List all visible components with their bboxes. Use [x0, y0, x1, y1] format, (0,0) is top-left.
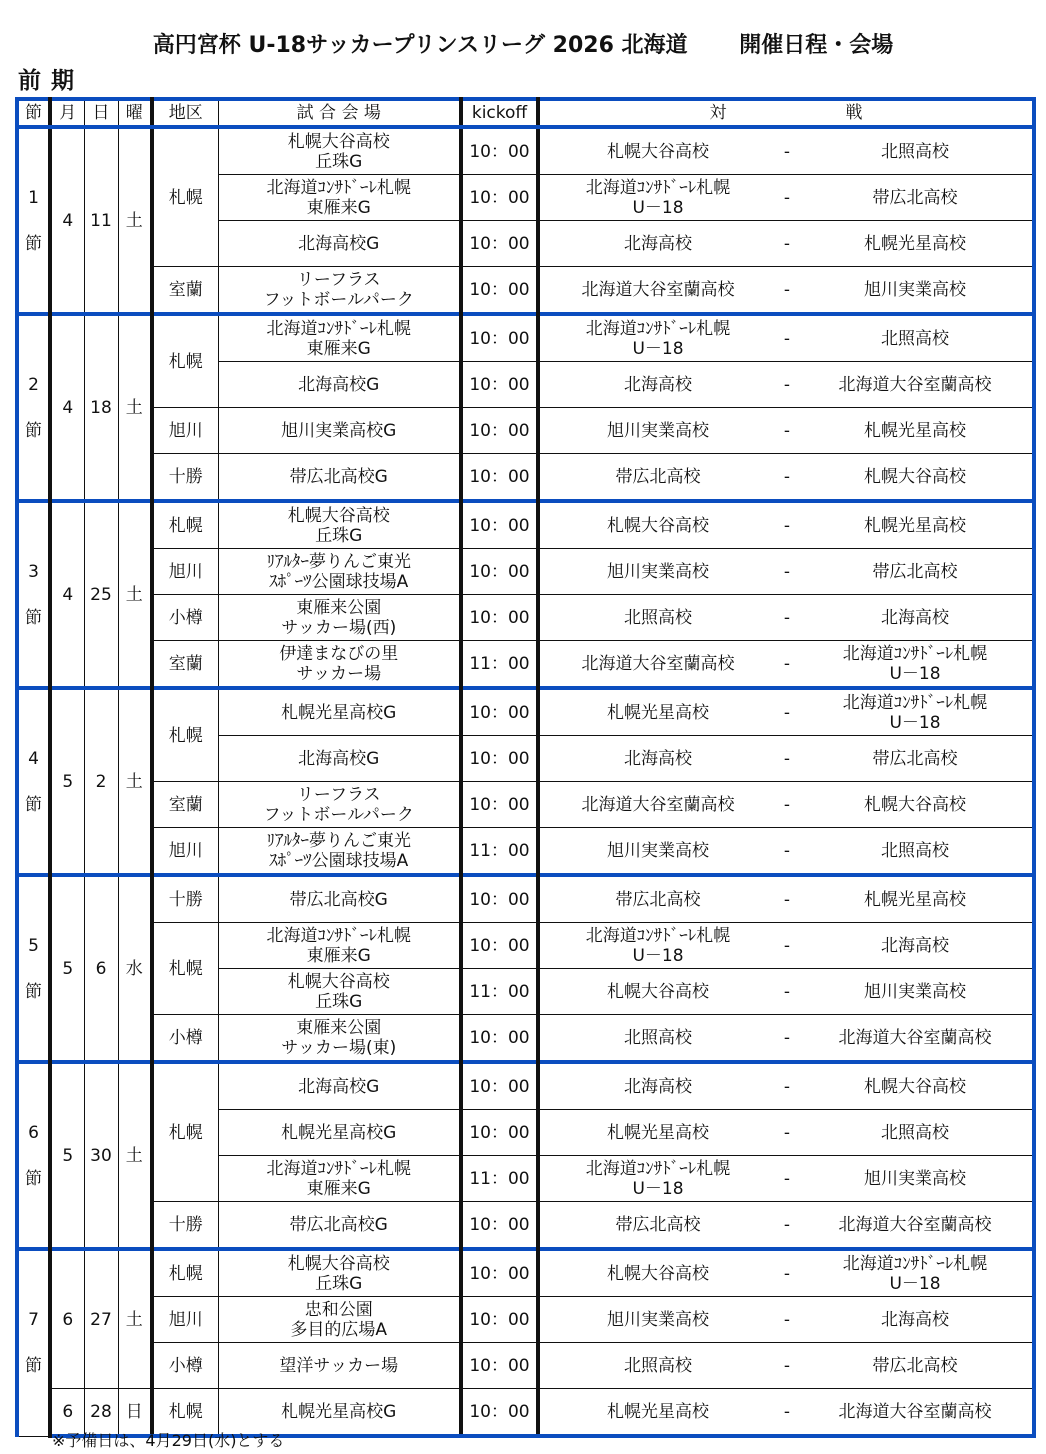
versus-dash: -: [776, 828, 798, 876]
kickoff-cell: 10：00: [461, 454, 538, 502]
text-line: 札幌光星高校: [540, 1402, 776, 1422]
text-line: 帯広北高校G: [219, 1215, 460, 1235]
versus-dash: -: [776, 923, 798, 969]
header-month: 月: [50, 99, 84, 127]
away-team-cell: 札幌光星高校: [798, 221, 1034, 267]
month-cell: 6: [50, 1249, 84, 1389]
text-line: 北海道ｺﾝｻﾄﾞｰﾚ札幌: [540, 178, 776, 198]
area-cell: 旭川: [152, 1297, 218, 1343]
venue-cell: 札幌大谷高校丘珠G: [218, 501, 461, 549]
text-line: 北海道大谷室蘭高校: [798, 1402, 1032, 1422]
round-number: 6節: [17, 1062, 50, 1249]
text-line: 札幌大谷高校: [540, 982, 776, 1002]
kickoff-cell: 10：00: [461, 595, 538, 641]
versus-dash: -: [776, 1343, 798, 1389]
venue-cell: 北海高校G: [218, 362, 461, 408]
kickoff-cell: 10：00: [461, 1062, 538, 1110]
area-cell: 旭川: [152, 408, 218, 454]
period-label: 前期: [18, 62, 84, 95]
kickoff-cell: 11：00: [461, 828, 538, 876]
area-cell: 札幌: [152, 1062, 218, 1202]
text-line: 札幌光星高校: [798, 234, 1032, 254]
venue-cell: 北海道ｺﾝｻﾄﾞｰﾚ札幌東雁来G: [218, 175, 461, 221]
text-line: 北海高校G: [219, 375, 460, 395]
match-row: 札幌北海道ｺﾝｻﾄﾞｰﾚ札幌東雁来G10：00北海道ｺﾝｻﾄﾞｰﾚ札幌U－18-…: [17, 923, 1034, 969]
home-team-cell: 札幌光星高校: [538, 688, 776, 736]
text-line: 帯広北高校: [798, 562, 1032, 582]
text-line: 札幌光星高校: [540, 703, 776, 723]
text-line: サッカー場(東): [219, 1038, 460, 1058]
kickoff-cell: 10：00: [461, 549, 538, 595]
away-team-cell: 北海道大谷室蘭高校: [798, 362, 1034, 408]
kickoff-cell: 10：00: [461, 1297, 538, 1343]
area-cell: 十勝: [152, 875, 218, 923]
weekday-cell: 土: [118, 501, 152, 688]
kickoff-cell: 10：00: [461, 1249, 538, 1297]
day-cell: 18: [84, 314, 118, 501]
away-team-cell: 帯広北高校: [798, 175, 1034, 221]
text-line: 帯広北高校: [540, 1215, 776, 1235]
match-row: 十勝帯広北高校G10：00帯広北高校-札幌大谷高校: [17, 454, 1034, 502]
versus-dash: -: [776, 501, 798, 549]
text-line: 丘珠G: [219, 152, 460, 172]
weekday-cell: 土: [118, 127, 152, 314]
text-line: 北照高校: [798, 1123, 1032, 1143]
text-line: 東雁来公園: [219, 598, 460, 618]
day-cell: 2: [84, 688, 118, 875]
text-line: 札幌大谷高校: [540, 516, 776, 536]
day-cell: 25: [84, 501, 118, 688]
text-line: 旭川実業高校G: [219, 421, 460, 441]
text-line: 東雁来公園: [219, 1018, 460, 1038]
text-line: 北海道ｺﾝｻﾄﾞｰﾚ札幌: [798, 1254, 1032, 1274]
text-line: 北照高校: [540, 1028, 776, 1048]
text-line: 東雁来G: [219, 198, 460, 218]
text-line: 札幌光星高校G: [219, 1123, 460, 1143]
home-team-cell: 旭川実業高校: [538, 1297, 776, 1343]
kickoff-cell: 10：00: [461, 267, 538, 315]
home-team-cell: 北照高校: [538, 1343, 776, 1389]
kickoff-cell: 10：00: [461, 688, 538, 736]
text-line: 北海高校G: [219, 749, 460, 769]
versus-dash: -: [776, 267, 798, 315]
text-line: 北照高校: [540, 608, 776, 628]
home-team-cell: 北海道ｺﾝｻﾄﾞｰﾚ札幌U－18: [538, 923, 776, 969]
match-row: 室蘭リーフラスフットボールパーク10：00北海道大谷室蘭高校-札幌大谷高校: [17, 782, 1034, 828]
weekday-cell: 水: [118, 875, 152, 1062]
away-team-cell: 北海高校: [798, 595, 1034, 641]
text-line: 帯広北高校: [540, 890, 776, 910]
schedule-table: 節 月 日 曜 地区 試 合 会 場 kickoff 対 戦 1節411土札幌札…: [15, 97, 1036, 1438]
text-line: 札幌大谷高校: [219, 132, 460, 152]
text-line: U－18: [798, 664, 1032, 684]
match-row: 2節418土札幌北海道ｺﾝｻﾄﾞｰﾚ札幌東雁来G10：00北海道ｺﾝｻﾄﾞｰﾚ札…: [17, 314, 1034, 362]
round-number: 7節: [17, 1249, 50, 1436]
area-cell: 札幌: [152, 314, 218, 408]
home-team-cell: 北照高校: [538, 1015, 776, 1063]
text-line: 丘珠G: [219, 526, 460, 546]
text-line: リーフラス: [219, 270, 460, 290]
text-line: 北海道ｺﾝｻﾄﾞｰﾚ札幌: [798, 693, 1032, 713]
kickoff-cell: 10：00: [461, 736, 538, 782]
match-row: 小樽望洋サッカー場10：00北照高校-帯広北高校: [17, 1343, 1034, 1389]
text-line: 旭川実業高校: [798, 1169, 1032, 1189]
text-line: 帯広北高校: [540, 467, 776, 487]
month-cell: 4: [50, 501, 84, 688]
text-line: 札幌光星高校: [798, 516, 1032, 536]
away-team-cell: 北照高校: [798, 1110, 1034, 1156]
versus-dash: -: [776, 408, 798, 454]
versus-dash: -: [776, 314, 798, 362]
match-row: 室蘭伊達まなびの里サッカー場11：00北海道大谷室蘭高校-北海道ｺﾝｻﾄﾞｰﾚ札…: [17, 641, 1034, 689]
versus-dash: -: [776, 549, 798, 595]
home-team-cell: 北海道ｺﾝｻﾄﾞｰﾚ札幌U－18: [538, 175, 776, 221]
area-cell: 札幌: [152, 127, 218, 267]
area-cell: 旭川: [152, 828, 218, 876]
text-line: 望洋サッカー場: [219, 1356, 460, 1376]
text-line: 北海高校: [798, 1310, 1032, 1330]
schedule-body: 1節411土札幌札幌大谷高校丘珠G10：00札幌大谷高校-北照高校北海道ｺﾝｻﾄ…: [17, 127, 1034, 1436]
match-row: 十勝帯広北高校G10：00帯広北高校-北海道大谷室蘭高校: [17, 1202, 1034, 1250]
text-line: 北海道ｺﾝｻﾄﾞｰﾚ札幌: [540, 1159, 776, 1179]
text-line: 帯広北高校: [798, 188, 1032, 208]
header-row: 節 月 日 曜 地区 試 合 会 場 kickoff 対 戦: [17, 99, 1034, 127]
text-line: 札幌光星高校G: [219, 703, 460, 723]
text-line: 北海高校: [540, 1077, 776, 1097]
away-team-cell: 北照高校: [798, 314, 1034, 362]
kickoff-cell: 11：00: [461, 1156, 538, 1202]
away-team-cell: 帯広北高校: [798, 736, 1034, 782]
text-line: 北海道大谷室蘭高校: [540, 280, 776, 300]
match-row: 旭川旭川実業高校G10：00旭川実業高校-札幌光星高校: [17, 408, 1034, 454]
text-line: 帯広北高校G: [219, 467, 460, 487]
footnote: ※予備日は、4月29日(水)とする: [52, 1428, 284, 1451]
area-cell: 札幌: [152, 688, 218, 782]
text-line: 東雁来G: [219, 946, 460, 966]
home-team-cell: 旭川実業高校: [538, 408, 776, 454]
area-cell: 室蘭: [152, 782, 218, 828]
away-team-cell: 旭川実業高校: [798, 969, 1034, 1015]
home-team-cell: 北海高校: [538, 736, 776, 782]
home-team-cell: 帯広北高校: [538, 875, 776, 923]
text-line: 札幌大谷高校: [219, 972, 460, 992]
home-team-cell: 北海道大谷室蘭高校: [538, 782, 776, 828]
month-cell: 5: [50, 875, 84, 1062]
weekday-cell: 土: [118, 1249, 152, 1389]
kickoff-cell: 10：00: [461, 362, 538, 408]
round-number: 2節: [17, 314, 50, 501]
versus-dash: -: [776, 127, 798, 175]
area-cell: 十勝: [152, 1202, 218, 1250]
venue-cell: 忠和公園多目的広場A: [218, 1297, 461, 1343]
kickoff-cell: 10：00: [461, 1110, 538, 1156]
weekday-cell: 土: [118, 1062, 152, 1249]
text-line: 札幌光星高校G: [219, 1402, 460, 1422]
text-line: 北海道ｺﾝｻﾄﾞｰﾚ札幌: [540, 926, 776, 946]
text-line: 北海高校: [540, 749, 776, 769]
home-team-cell: 帯広北高校: [538, 1202, 776, 1250]
kickoff-cell: 10：00: [461, 221, 538, 267]
venue-cell: 札幌大谷高校丘珠G: [218, 1249, 461, 1297]
month-cell: 4: [50, 314, 84, 501]
kickoff-cell: 10：00: [461, 1389, 538, 1437]
versus-dash: -: [776, 595, 798, 641]
round-number: 3節: [17, 501, 50, 688]
text-line: ｽﾎﾟｰﾂ公園球技場A: [219, 572, 460, 592]
home-team-cell: 札幌大谷高校: [538, 127, 776, 175]
venue-cell: 北海道ｺﾝｻﾄﾞｰﾚ札幌東雁来G: [218, 923, 461, 969]
day-cell: 6: [84, 875, 118, 1062]
area-cell: 札幌: [152, 923, 218, 1015]
away-team-cell: 北海道ｺﾝｻﾄﾞｰﾚ札幌U－18: [798, 688, 1034, 736]
kickoff-cell: 11：00: [461, 969, 538, 1015]
away-team-cell: 札幌大谷高校: [798, 1062, 1034, 1110]
match-row: 旭川ﾘｱﾙﾀｰ夢りんご東光ｽﾎﾟｰﾂ公園球技場A11：00旭川実業高校-北照高校: [17, 828, 1034, 876]
versus-dash: -: [776, 1297, 798, 1343]
versus-dash: -: [776, 1156, 798, 1202]
match-row: 小樽東雁来公園サッカー場(西)10：00北照高校-北海高校: [17, 595, 1034, 641]
versus-dash: -: [776, 221, 798, 267]
text-line: リーフラス: [219, 785, 460, 805]
venue-cell: 北海高校G: [218, 1062, 461, 1110]
area-cell: 札幌: [152, 1249, 218, 1297]
area-cell: 旭川: [152, 549, 218, 595]
venue-cell: 帯広北高校G: [218, 875, 461, 923]
header-weekday: 曜: [118, 99, 152, 127]
home-team-cell: 旭川実業高校: [538, 828, 776, 876]
text-line: 旭川実業高校: [540, 562, 776, 582]
month-cell: 5: [50, 688, 84, 875]
text-line: 札幌大谷高校: [798, 795, 1032, 815]
away-team-cell: 北海道大谷室蘭高校: [798, 1389, 1034, 1437]
text-line: 北海道ｺﾝｻﾄﾞｰﾚ札幌: [540, 319, 776, 339]
text-line: 北海道大谷室蘭高校: [798, 1215, 1032, 1235]
away-team-cell: 北照高校: [798, 828, 1034, 876]
day-cell: 27: [84, 1249, 118, 1389]
text-line: 北照高校: [798, 329, 1032, 349]
weekday-cell: 土: [118, 688, 152, 875]
text-line: 北海道ｺﾝｻﾄﾞｰﾚ札幌: [219, 1159, 460, 1179]
text-line: 北海高校G: [219, 234, 460, 254]
versus-dash: -: [776, 875, 798, 923]
kickoff-cell: 10：00: [461, 1343, 538, 1389]
round-number: 5節: [17, 875, 50, 1062]
text-line: 北海道ｺﾝｻﾄﾞｰﾚ札幌: [219, 319, 460, 339]
venue-cell: 札幌大谷高校丘珠G: [218, 969, 461, 1015]
versus-dash: -: [776, 1389, 798, 1437]
text-line: 北海道大谷室蘭高校: [540, 654, 776, 674]
kickoff-cell: 10：00: [461, 314, 538, 362]
match-row: 6節530土札幌北海高校G10：00北海高校-札幌大谷高校: [17, 1062, 1034, 1110]
match-row: 1節411土札幌札幌大谷高校丘珠G10：00札幌大谷高校-北照高校: [17, 127, 1034, 175]
text-line: 帯広北高校: [798, 1356, 1032, 1376]
home-team-cell: 北海高校: [538, 362, 776, 408]
venue-cell: リーフラスフットボールパーク: [218, 267, 461, 315]
kickoff-cell: 11：00: [461, 641, 538, 689]
versus-dash: -: [776, 736, 798, 782]
text-line: U－18: [798, 713, 1032, 733]
away-team-cell: 北海道大谷室蘭高校: [798, 1015, 1034, 1063]
home-team-cell: 北海道ｺﾝｻﾄﾞｰﾚ札幌U－18: [538, 1156, 776, 1202]
venue-cell: 札幌光星高校G: [218, 688, 461, 736]
versus-dash: -: [776, 1202, 798, 1250]
kickoff-cell: 10：00: [461, 1202, 538, 1250]
venue-cell: ﾘｱﾙﾀｰ夢りんご東光ｽﾎﾟｰﾂ公園球技場A: [218, 549, 461, 595]
text-line: 北海道ｺﾝｻﾄﾞｰﾚ札幌: [219, 178, 460, 198]
text-line: U－18: [540, 946, 776, 966]
match-row: 旭川忠和公園多目的広場A10：00旭川実業高校-北海高校: [17, 1297, 1034, 1343]
text-line: 忠和公園: [219, 1300, 460, 1320]
text-line: 札幌大谷高校: [540, 142, 776, 162]
text-line: 旭川実業高校: [540, 1310, 776, 1330]
text-line: 北海道大谷室蘭高校: [798, 1028, 1032, 1048]
versus-dash: -: [776, 1110, 798, 1156]
area-cell: 小樽: [152, 1343, 218, 1389]
away-team-cell: 旭川実業高校: [798, 1156, 1034, 1202]
versus-dash: -: [776, 641, 798, 689]
kickoff-cell: 10：00: [461, 127, 538, 175]
area-cell: 小樽: [152, 595, 218, 641]
area-cell: 小樽: [152, 1015, 218, 1063]
match-row: 3節425土札幌札幌大谷高校丘珠G10：00札幌大谷高校-札幌光星高校: [17, 501, 1034, 549]
area-cell: 室蘭: [152, 641, 218, 689]
away-team-cell: 北照高校: [798, 127, 1034, 175]
text-line: 北照高校: [798, 841, 1032, 861]
away-team-cell: 札幌光星高校: [798, 875, 1034, 923]
text-line: 丘珠G: [219, 992, 460, 1012]
home-team-cell: 札幌大谷高校: [538, 1249, 776, 1297]
home-team-cell: 札幌大谷高校: [538, 501, 776, 549]
text-line: 北海道ｺﾝｻﾄﾞｰﾚ札幌: [219, 926, 460, 946]
away-team-cell: 札幌光星高校: [798, 501, 1034, 549]
venue-cell: 伊達まなびの里サッカー場: [218, 641, 461, 689]
header-match: 対 戦: [538, 99, 1034, 127]
text-line: 北海高校G: [219, 1077, 460, 1097]
area-cell: 十勝: [152, 454, 218, 502]
day-cell: 30: [84, 1062, 118, 1249]
text-line: 札幌大谷高校: [540, 1264, 776, 1284]
text-line: 北海道ｺﾝｻﾄﾞｰﾚ札幌: [798, 644, 1032, 664]
text-line: フットボールパーク: [219, 805, 460, 825]
home-team-cell: 北海道ｺﾝｻﾄﾞｰﾚ札幌U－18: [538, 314, 776, 362]
text-line: U－18: [540, 198, 776, 218]
text-line: U－18: [540, 1179, 776, 1199]
home-team-cell: 北海道大谷室蘭高校: [538, 641, 776, 689]
text-line: 北海高校: [798, 608, 1032, 628]
text-line: ｽﾎﾟｰﾂ公園球技場A: [219, 851, 460, 871]
versus-dash: -: [776, 1062, 798, 1110]
text-line: 札幌光星高校: [798, 421, 1032, 441]
venue-cell: 北海道ｺﾝｻﾄﾞｰﾚ札幌東雁来G: [218, 1156, 461, 1202]
away-team-cell: 札幌光星高校: [798, 408, 1034, 454]
text-line: U－18: [540, 339, 776, 359]
away-team-cell: 札幌大谷高校: [798, 454, 1034, 502]
versus-dash: -: [776, 688, 798, 736]
home-team-cell: 帯広北高校: [538, 454, 776, 502]
kickoff-cell: 10：00: [461, 923, 538, 969]
kickoff-cell: 10：00: [461, 875, 538, 923]
text-line: ﾘｱﾙﾀｰ夢りんご東光: [219, 831, 460, 851]
kickoff-cell: 10：00: [461, 782, 538, 828]
home-team-cell: 北海高校: [538, 221, 776, 267]
kickoff-cell: 10：00: [461, 1015, 538, 1063]
kickoff-cell: 10：00: [461, 408, 538, 454]
header-kickoff: kickoff: [461, 99, 538, 127]
area-cell: 札幌: [152, 501, 218, 549]
text-line: 北海高校: [540, 375, 776, 395]
venue-cell: 東雁来公園サッカー場(東): [218, 1015, 461, 1063]
venue-cell: 札幌大谷高校丘珠G: [218, 127, 461, 175]
text-line: 北海高校: [540, 234, 776, 254]
venue-cell: 札幌光星高校G: [218, 1110, 461, 1156]
venue-cell: 北海道ｺﾝｻﾄﾞｰﾚ札幌東雁来G: [218, 314, 461, 362]
home-team-cell: 北海高校: [538, 1062, 776, 1110]
text-line: 札幌大谷高校: [219, 1254, 460, 1274]
away-team-cell: 帯広北高校: [798, 549, 1034, 595]
away-team-cell: 北海高校: [798, 923, 1034, 969]
text-line: ﾘｱﾙﾀｰ夢りんご東光: [219, 552, 460, 572]
text-line: 旭川実業高校: [798, 280, 1032, 300]
text-line: 丘珠G: [219, 1274, 460, 1294]
venue-cell: 帯広北高校G: [218, 454, 461, 502]
match-row: 5節56水十勝帯広北高校G10：00帯広北高校-札幌光星高校: [17, 875, 1034, 923]
home-team-cell: 北照高校: [538, 595, 776, 641]
versus-dash: -: [776, 175, 798, 221]
away-team-cell: 北海道ｺﾝｻﾄﾞｰﾚ札幌U－18: [798, 641, 1034, 689]
text-line: 札幌光星高校: [798, 890, 1032, 910]
venue-cell: リーフラスフットボールパーク: [218, 782, 461, 828]
versus-dash: -: [776, 969, 798, 1015]
round-number: 1節: [17, 127, 50, 314]
text-line: 伊達まなびの里: [219, 644, 460, 664]
match-row: 7節627土札幌札幌大谷高校丘珠G10：00札幌大谷高校-北海道ｺﾝｻﾄﾞｰﾚ札…: [17, 1249, 1034, 1297]
venue-cell: 東雁来公園サッカー場(西): [218, 595, 461, 641]
home-team-cell: 札幌光星高校: [538, 1389, 776, 1437]
kickoff-cell: 10：00: [461, 175, 538, 221]
text-line: U－18: [798, 1274, 1032, 1294]
round-number: 4節: [17, 688, 50, 875]
header-area: 地区: [152, 99, 218, 127]
header-setsu: 節: [17, 99, 50, 127]
versus-dash: -: [776, 782, 798, 828]
text-line: サッカー場: [219, 664, 460, 684]
text-line: フットボールパーク: [219, 290, 460, 310]
versus-dash: -: [776, 1015, 798, 1063]
text-line: 東雁来G: [219, 1179, 460, 1199]
venue-cell: 北海高校G: [218, 736, 461, 782]
area-cell: 室蘭: [152, 267, 218, 315]
home-team-cell: 札幌大谷高校: [538, 969, 776, 1015]
kickoff-cell: 10：00: [461, 501, 538, 549]
versus-dash: -: [776, 362, 798, 408]
home-team-cell: 旭川実業高校: [538, 549, 776, 595]
text-line: 札幌大谷高校: [798, 1077, 1032, 1097]
text-line: 東雁来G: [219, 339, 460, 359]
away-team-cell: 札幌大谷高校: [798, 782, 1034, 828]
venue-cell: 北海高校G: [218, 221, 461, 267]
match-row: 小樽東雁来公園サッカー場(東)10：00北照高校-北海道大谷室蘭高校: [17, 1015, 1034, 1063]
venue-cell: 望洋サッカー場: [218, 1343, 461, 1389]
away-team-cell: 北海道ｺﾝｻﾄﾞｰﾚ札幌U－18: [798, 1249, 1034, 1297]
text-line: サッカー場(西): [219, 618, 460, 638]
text-line: 北照高校: [798, 142, 1032, 162]
month-cell: 4: [50, 127, 84, 314]
text-line: 北海道大谷室蘭高校: [798, 375, 1032, 395]
text-line: 北海道大谷室蘭高校: [540, 795, 776, 815]
month-cell: 5: [50, 1062, 84, 1249]
venue-cell: 旭川実業高校G: [218, 408, 461, 454]
text-line: 北照高校: [540, 1356, 776, 1376]
